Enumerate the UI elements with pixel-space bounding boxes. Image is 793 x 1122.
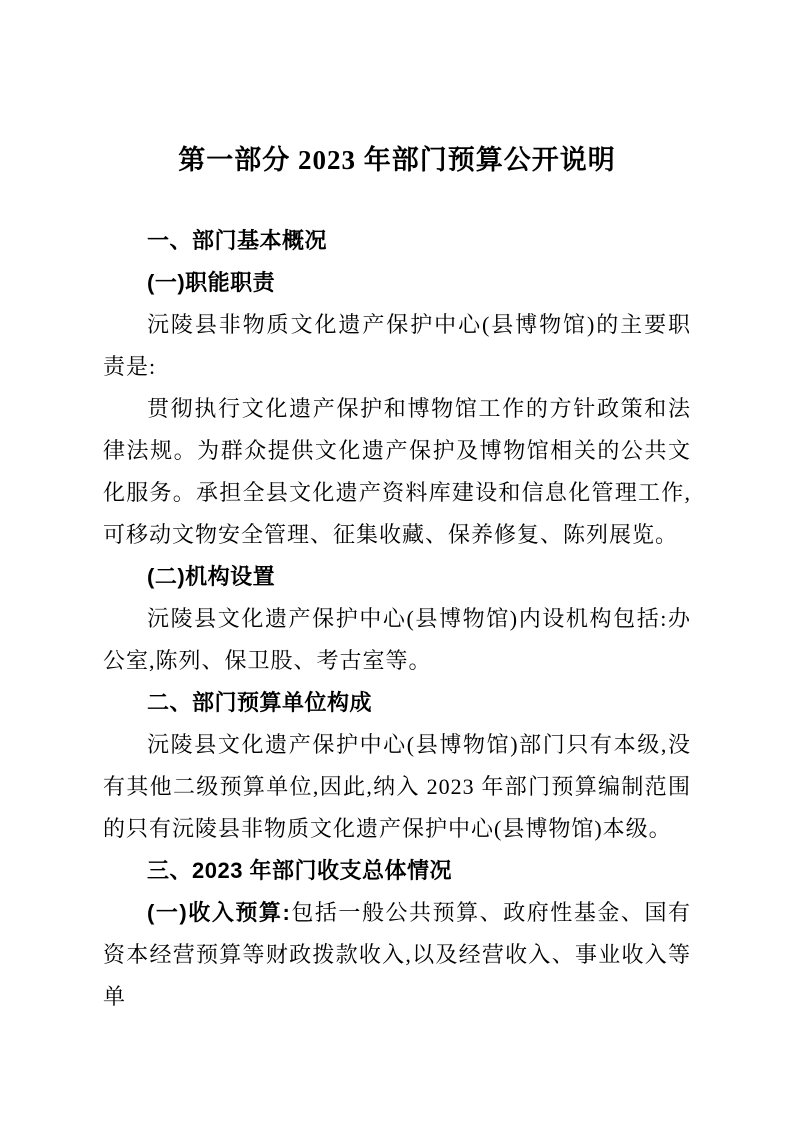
document-title: 第一部分 2023 年部门预算公开说明: [103, 138, 691, 182]
paragraph-income-budget: (一)收入预算:包括一般公共预算、政府性基金、国有资本经营预算等财政拨款收入,以…: [103, 892, 691, 1018]
subsection-heading-1-1: (一)职能职责: [103, 262, 691, 304]
section-heading-3: 三、2023 年部门收支总体情况: [103, 850, 691, 892]
paragraph-org-structure: 沅陵县文化遗产保护中心(县博物馆)内设机构包括:办公室,陈列、保卫股、考古室等。: [103, 598, 691, 682]
document-content: 第一部分 2023 年部门预算公开说明 一、部门基本概况 (一)职能职责 沅陵县…: [103, 0, 691, 1018]
section-heading-1: 一、部门基本概况: [103, 220, 691, 262]
document-page: 第一部分 2023 年部门预算公开说明 一、部门基本概况 (一)职能职责 沅陵县…: [0, 0, 793, 1122]
paragraph-duties-intro: 沅陵县非物质文化遗产保护中心(县博物馆)的主要职责是:: [103, 304, 691, 388]
section-heading-2: 二、部门预算单位构成: [103, 682, 691, 724]
paragraph-duties-detail: 贯彻执行文化遗产保护和博物馆工作的方针政策和法律法规。为群众提供文化遗产保护及博…: [103, 388, 691, 556]
income-budget-lead-label: (一)收入预算:: [147, 900, 291, 925]
subsection-heading-1-2: (二)机构设置: [103, 556, 691, 598]
paragraph-budget-units: 沅陵县文化遗产保护中心(县博物馆)部门只有本级,没有其他二级预算单位,因此,纳入…: [103, 724, 691, 850]
